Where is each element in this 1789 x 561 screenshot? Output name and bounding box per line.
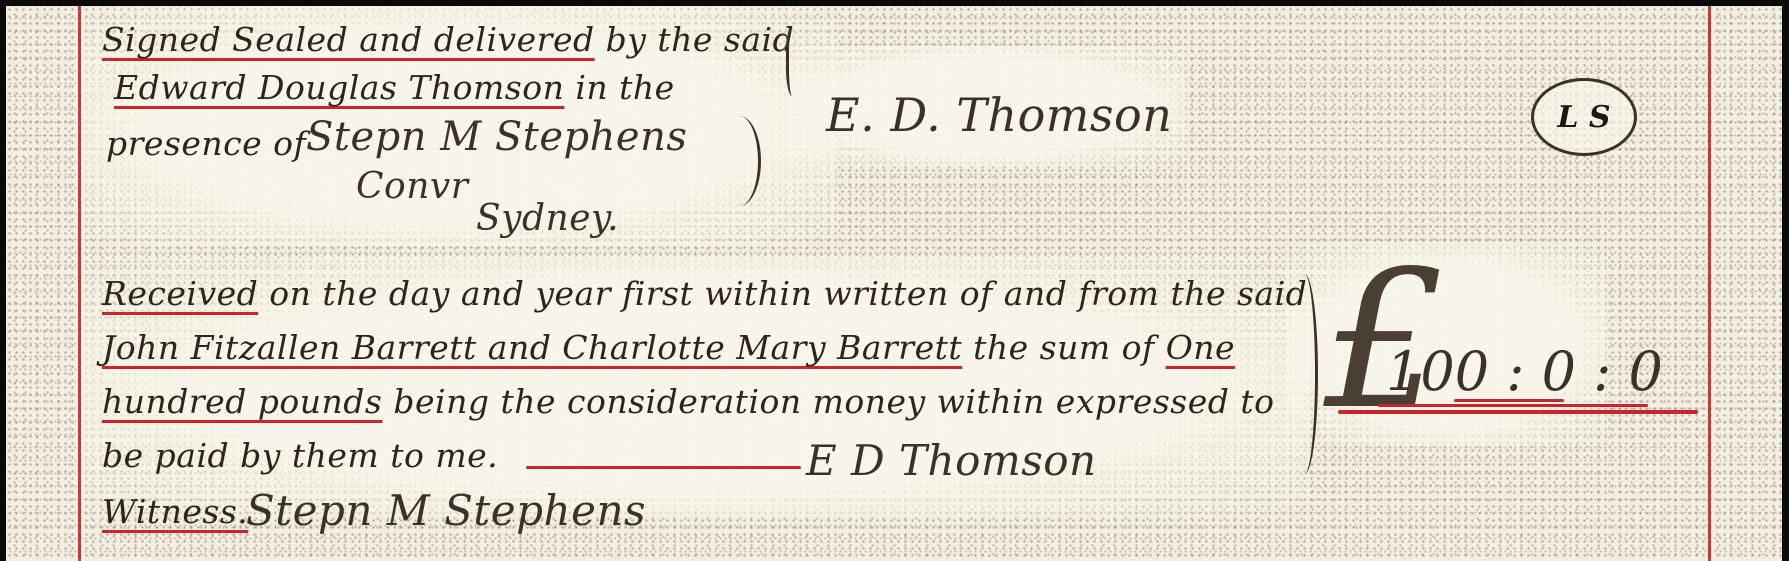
receipt-line-1: Received on the day and year first withi… — [102, 274, 1307, 313]
witness-label-underlined: Witness. — [102, 492, 248, 531]
attestation-brace-upper — [786, 26, 801, 96]
document-scan: Signed Sealed and delivered by the said … — [0, 0, 1789, 561]
witness-signature-top: Stepn M Stephens — [306, 114, 687, 160]
the-sum-of: the sum of — [973, 328, 1166, 367]
attestation-line-3: presence of — [106, 124, 306, 163]
witness-footer-label: Witness. — [102, 492, 248, 531]
amount-rule-long — [1338, 410, 1698, 414]
attestation-in-the: in the — [575, 68, 674, 107]
receipt-line-3: hundred pounds being the consideration m… — [102, 382, 1275, 421]
witness-place: Sydney. — [476, 198, 619, 239]
receipt-line-4: be paid by them to me. — [102, 436, 498, 475]
seal-ls: L S — [1531, 78, 1637, 156]
attestation-underlined-phrase: Signed Sealed and delivered — [102, 20, 595, 59]
sum-one-underlined: One — [1166, 328, 1235, 367]
receipt-line-filler-rule — [526, 466, 801, 469]
payers-names-underlined: John Fitzallen Barrett and Charlotte Mar… — [102, 328, 962, 367]
attestation-by-the-said: by the said — [606, 20, 795, 59]
grantor-signature-bottom: E D Thomson — [806, 436, 1097, 485]
grantor-signature-top: E. D. Thomson — [826, 88, 1172, 142]
hundred-pounds-underlined: hundred pounds — [102, 382, 382, 421]
right-margin-rule — [1708, 6, 1711, 561]
receipt-line-1-rest: on the day and year first within written… — [269, 274, 1307, 313]
witness-signature-bottom: Stepn M Stephens — [246, 486, 646, 535]
receipt-brace — [1291, 274, 1318, 474]
seal-label: L S — [1557, 100, 1610, 135]
receipt-line-2: John Fitzallen Barrett and Charlotte Mar… — [102, 328, 1235, 367]
grantor-name-underlined: Edward Douglas Thomson — [114, 68, 564, 107]
received-underlined: Received — [102, 274, 258, 313]
attestation-line-2: Edward Douglas Thomson in the — [114, 68, 675, 107]
amount-rule-mid — [1378, 404, 1648, 407]
left-margin-rule — [78, 6, 81, 561]
receipt-line-3-rest: being the consideration money within exp… — [393, 382, 1274, 421]
attestation-line-1: Signed Sealed and delivered by the said — [102, 20, 794, 59]
receipt-amount: 100 : 0 : 0 — [1386, 340, 1663, 403]
witness-title: Convr — [356, 166, 468, 207]
attestation-brace-lower — [718, 116, 761, 206]
amount-rule-short — [1454, 399, 1564, 402]
